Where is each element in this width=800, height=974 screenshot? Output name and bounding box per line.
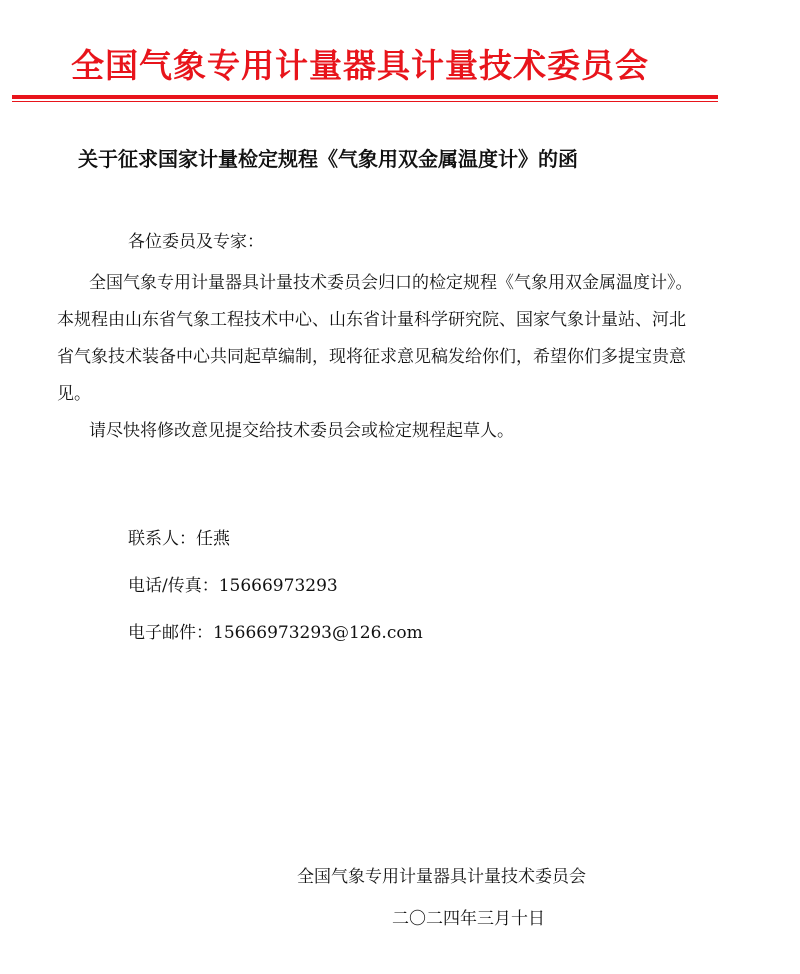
contact-email: 电子邮件：15666973293@126.com — [128, 610, 423, 657]
document-title: 关于征求国家计量检定规程《气象用双金属温度计》的函 — [78, 143, 578, 172]
letterhead-title: 全国气象专用计量器具计量技术委员会 — [50, 40, 670, 87]
contact-person: 联系人：任燕 — [128, 516, 423, 563]
salutation: 各位委员及专家： — [128, 224, 264, 261]
letterhead-divider-thin — [12, 101, 718, 102]
body-paragraph: 全国气象专用计量器具计量技术委员会归口的检定规程《气象用双金属温度计》。本规程由… — [57, 265, 697, 413]
signature-date: 二〇二四年三月十日 — [392, 904, 545, 929]
letterhead-divider-thick — [12, 95, 718, 99]
body-text: 全国气象专用计量器具计量技术委员会归口的检定规程《气象用双金属温度计》。本规程由… — [57, 265, 697, 450]
body-paragraph: 请尽快将修改意见提交给技术委员会或检定规程起草人。 — [57, 413, 697, 450]
signature-organization: 全国气象专用计量器具计量技术委员会 — [297, 862, 586, 887]
contact-phone: 电话/传真：15666973293 — [128, 563, 423, 610]
contact-block: 联系人：任燕 电话/传真：15666973293 电子邮件：1566697329… — [128, 516, 423, 657]
